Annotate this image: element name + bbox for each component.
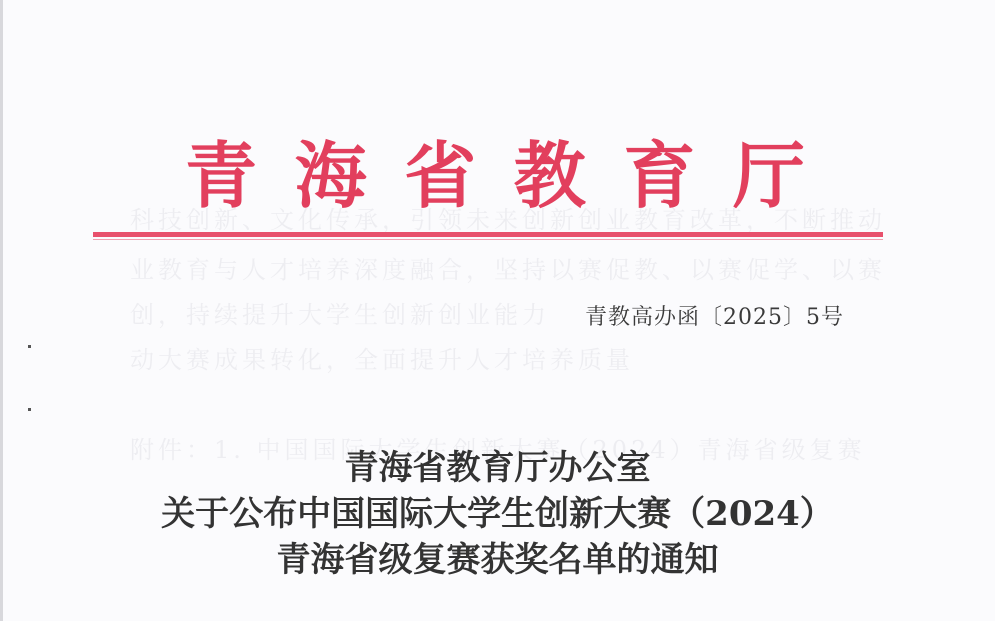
subject-line-1: 青海省教育厅办公室 [0,445,995,491]
header-char: 育 [623,140,695,212]
scan-speck [28,345,31,348]
header-char: 省 [404,140,476,212]
header-char: 青 [185,140,257,212]
subject-line-2: 关于公布中国国际大学生创新大赛（2024） [0,491,995,537]
bleed-through-text: 动大赛成果转化，全面提升人才培养质量 [130,340,634,375]
red-header-rule [93,232,883,237]
document-subject: 青海省教育厅办公室 关于公布中国国际大学生创新大赛（2024） 青海省级复赛获奖… [0,445,995,583]
document-number: 青教高办函〔2025〕5号 [585,300,844,331]
bleed-through-text: 业教育与人才培养深度融合，坚持以赛促教、以赛促学、以赛 [130,250,886,285]
red-header-rule-thin [93,239,883,240]
header-char: 海 [295,140,367,212]
issuer-header: 青 海 省 教 育 厅 [185,140,805,212]
header-char: 厅 [733,140,805,212]
header-char: 教 [514,140,586,212]
bleed-through-text: 创，持续提升大学生创新创业能力 [130,295,550,330]
subject-line-3: 青海省级复赛获奖名单的通知 [0,537,995,583]
scan-speck [28,408,31,411]
